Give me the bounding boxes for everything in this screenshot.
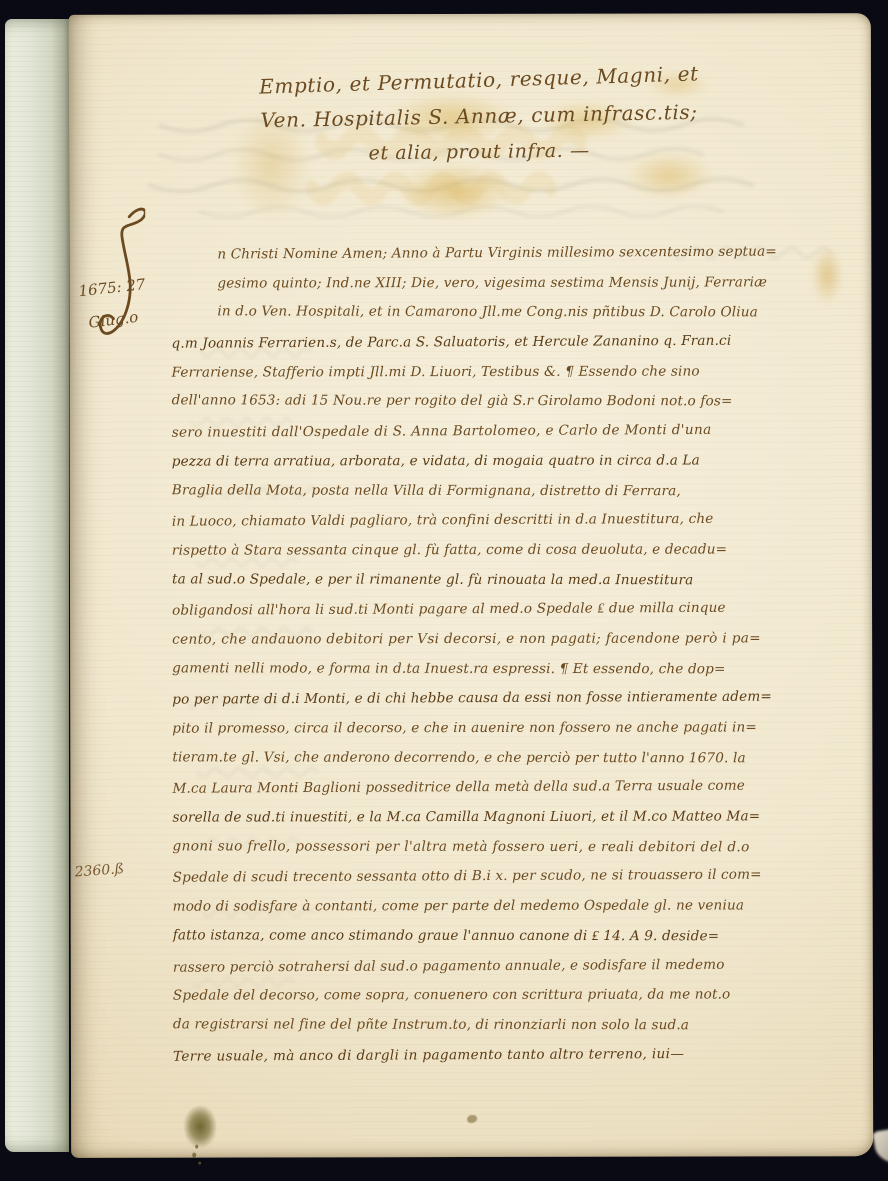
body-text: n Christi Nomine Amen; Anno à Partu Virg…: [171, 238, 859, 1071]
manuscript-line: rispetto à Stara sessanta cinque gl. fù …: [172, 535, 858, 566]
manuscript-line: sero inuestiti dall'Ospedale di S. Anna …: [172, 415, 858, 448]
manuscript-line: po per parte di d.i Monti, e di chi hebb…: [172, 682, 858, 715]
drop-cap-initial: I: [95, 201, 145, 339]
manuscript-line: gamenti nelli modo, e forma in d.ta Inue…: [172, 654, 858, 685]
manuscript-line: Spedale del decorso, come sopra, conuene…: [173, 980, 859, 1011]
manuscript-line: sorella de sud.ti inuestiti, e la M.ca C…: [172, 802, 858, 833]
manuscript-line: n Christi Nomine Amen; Anno à Partu Virg…: [171, 237, 857, 270]
manuscript-line: fatto istanza, come anco stimando graue …: [173, 921, 859, 952]
ink-speck: [467, 1115, 477, 1123]
ink-blot: [183, 1105, 217, 1149]
document-title: Emptio, et Permutatio, resque, Magni, et…: [189, 61, 769, 170]
manuscript-line: in d.o Ven. Hospitali, et in Camarono Jl…: [171, 298, 857, 329]
manuscript-line: obligandosi all'hora li sud.ti Monti pag…: [172, 593, 858, 626]
manuscript-line: Ferrariense, Stafferio impti Jll.mi D. L…: [172, 357, 858, 388]
manuscript-line: modo di sodisfare à contanti, come per p…: [173, 891, 859, 922]
manuscript-line: M.ca Laura Monti Baglioni posseditrice d…: [172, 771, 858, 804]
manuscript-line: cento, che andauono debitori per Vsi dec…: [172, 624, 858, 655]
ink-blot-dot: [195, 1145, 198, 1149]
manuscript-page: Emptio, et Permutatio, resque, Magni, et…: [69, 13, 873, 1158]
manuscript-line: gnoni suo frello, possessori per l'altra…: [173, 832, 859, 863]
manuscript-line: rassero perciò sotrahersi dal sud.o paga…: [173, 950, 859, 983]
manuscript-line: dell'anno 1653: adi 15 Nou.re per rogito…: [172, 387, 858, 418]
ink-blot-dot: [198, 1162, 201, 1165]
manuscript-line: Spedale di scudi trecento sessanta otto …: [173, 861, 859, 894]
corner-fold-damage: [873, 1123, 888, 1170]
manuscript-line: pezza di terra arratiua, arborata, e vid…: [172, 446, 858, 477]
previous-page-edge: [5, 19, 69, 1152]
manuscript-line: pito il promesso, circa il decorso, e ch…: [172, 713, 858, 744]
manuscript-line: da registrarsi nel fine del pñte Instrum…: [173, 1010, 859, 1041]
manuscript-line: gesimo quinto; Ind.ne XIII; Die, vero, v…: [171, 268, 857, 299]
manuscript-line: Terre usuale, mà anco di dargli in pagam…: [173, 1039, 859, 1072]
margin-amount-note: 2360.ß: [74, 861, 124, 881]
ink-blot-dot: [192, 1153, 196, 1158]
title-line: et alia, prout infra. —: [189, 130, 769, 173]
scan-backdrop: { "scan": { "title": { "line1": "Emptio,…: [0, 0, 888, 1181]
manuscript-line: q.m Joannis Ferrarien.s, de Parc.a S. Sa…: [171, 326, 857, 359]
manuscript-line: Braglia della Mota, posta nella Villa di…: [172, 476, 858, 507]
manuscript-line: ta al sud.o Spedale, e per il rimanente …: [172, 565, 858, 596]
manuscript-line: tieram.te gl. Vsi, che anderono decorren…: [172, 743, 858, 774]
manuscript-line: in Luoco, chiamato Valdi pagliaro, trà c…: [172, 504, 858, 537]
